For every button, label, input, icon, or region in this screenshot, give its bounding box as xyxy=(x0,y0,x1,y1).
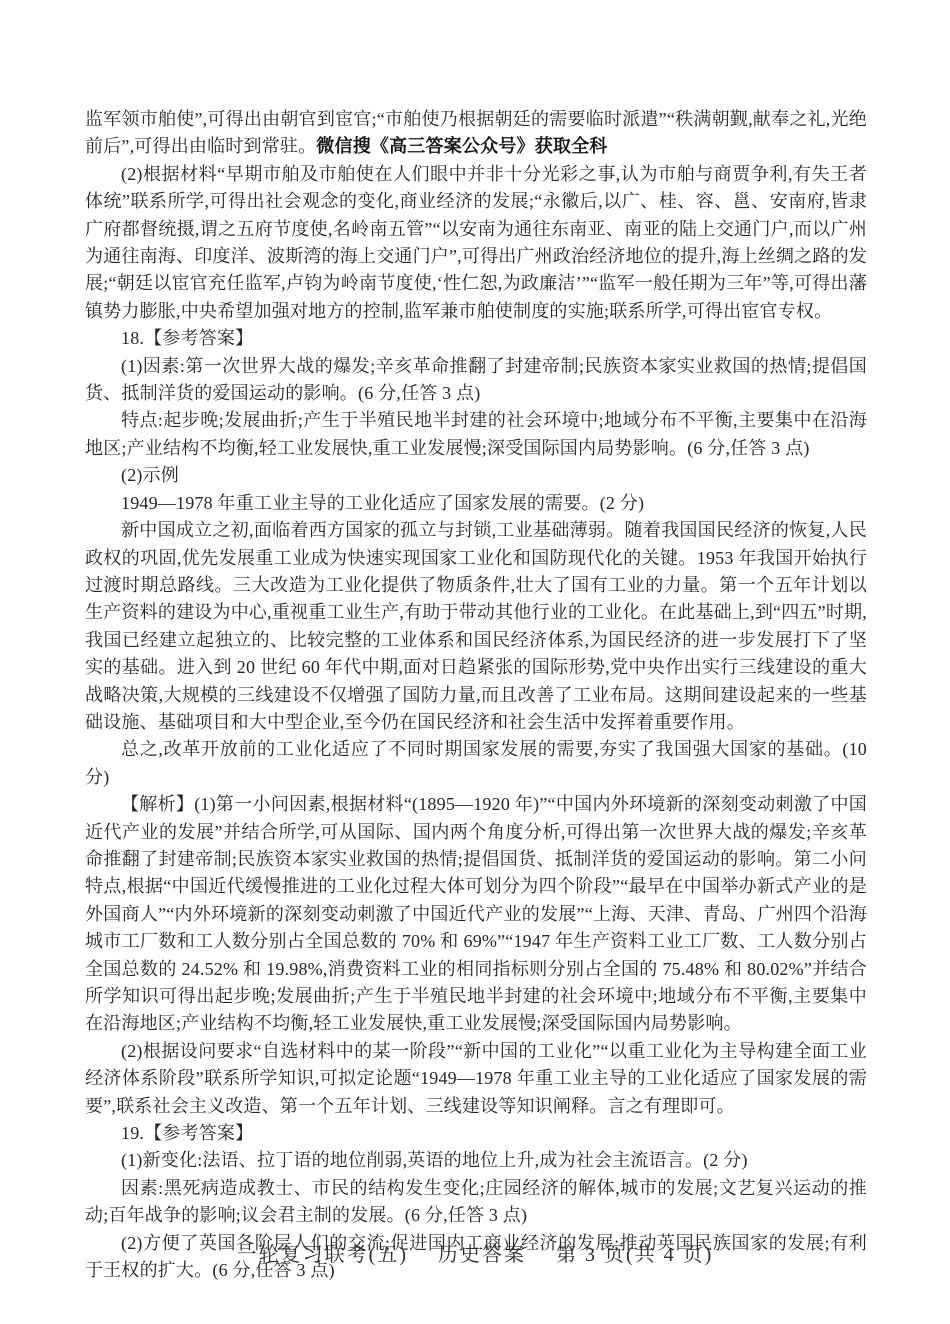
answer-19-part1-factors: 因素:黑死病造成教士、市民的结构发生变化;庄园经济的解体,城市的发展;文艺复兴运… xyxy=(85,1175,867,1230)
footer-exam-name: 一轮复习联考(五) xyxy=(237,1238,408,1267)
paragraph-text: (2)根据材料“早期市舶及市舶使在人们眼中并非十分光彩之事,认为市舶与商贾争利,… xyxy=(85,164,867,321)
paragraph-text: 总之,改革开放前的工业化适应了不同时期国家发展的需要,夯实了我国强大国家的基础。… xyxy=(85,739,867,786)
paragraph-text: (1)因素:第一次世界大战的爆发;辛亥革命推翻了封建帝制;民族资本家实业救国的热… xyxy=(85,356,867,403)
paragraph-text: 新中国成立之初,面临着西方国家的孤立与封锁,工业基础薄弱。随着我国国民经济的恢复… xyxy=(85,520,867,732)
answer-18-part1-features: 特点:起步晚;发展曲折;产生于半殖民地半封建的社会环境中;地域分布不平衡,主要集… xyxy=(85,407,867,462)
paragraph-text: 1949—1978 年重工业主导的工业化适应了国家发展的需要。(2 分) xyxy=(121,493,644,513)
paragraph-text: 19.【参考答案】 xyxy=(121,1123,253,1143)
answer-19-header: 19.【参考答案】 xyxy=(85,1120,867,1147)
answer-17-continuation: 监军领市舶使”,可得出由朝官到宦官;“市舶使乃根据朝廷的需要临时派遣”“秩满朝觐… xyxy=(85,106,867,161)
page-footer: 一轮复习联考(五) 历史答案 第 3 页(共 4 页) xyxy=(0,1238,950,1267)
answer-18-part2-conclusion: 总之,改革开放前的工业化适应了不同时期国家发展的需要,夯实了我国强大国家的基础。… xyxy=(85,736,867,791)
paragraph-text: 【解析】(1)第一小问因素,根据材料“(1895—1920 年)”“中国内外环境… xyxy=(85,794,867,1033)
answer-18-analysis-part2: (2)根据设问要求“自选材料中的某一阶段”“新中国的工业化”“以重工业化为主导构… xyxy=(85,1038,867,1120)
answer-18-part2-example-label: (2)示例 xyxy=(85,462,867,489)
answer-18-part1-factors: (1)因素:第一次世界大战的爆发;辛亥革命推翻了封建帝制;民族资本家实业救国的热… xyxy=(85,353,867,408)
paragraph-text: (2)根据设问要求“自选材料中的某一阶段”“新中国的工业化”“以重工业化为主导构… xyxy=(85,1041,867,1116)
footer-page-info: 第 3 页(共 4 页) xyxy=(556,1238,713,1267)
answer-18-part2-body: 新中国成立之初,面临着西方国家的孤立与封锁,工业基础薄弱。随着我国国民经济的恢复… xyxy=(85,517,867,736)
wechat-promo-text: 微信搜《高三答案公众号》获取全科 xyxy=(316,136,607,156)
footer-subject: 历史答案 xyxy=(438,1238,526,1267)
paragraph-text: 因素:黑死病造成教士、市民的结构发生变化;庄园经济的解体,城市的发展;文艺复兴运… xyxy=(85,1178,867,1225)
answer-18-header: 18.【参考答案】 xyxy=(85,325,867,352)
answer-19-part1-changes: (1)新变化:法语、拉丁语的地位削弱,英语的地位上升,成为社会主流语言。(2 分… xyxy=(85,1147,867,1174)
document-body: 监军领市舶使”,可得出由朝官到宦官;“市舶使乃根据朝廷的需要临时派遣”“秩满朝觐… xyxy=(85,106,867,1284)
scanned-answer-page: 监军领市舶使”,可得出由朝官到宦官;“市舶使乃根据朝廷的需要临时派遣”“秩满朝觐… xyxy=(0,0,950,1324)
paragraph-text: (1)新变化:法语、拉丁语的地位削弱,英语的地位上升,成为社会主流语言。(2 分… xyxy=(121,1150,748,1170)
answer-18-part2-thesis: 1949—1978 年重工业主导的工业化适应了国家发展的需要。(2 分) xyxy=(85,490,867,517)
paragraph-text: 特点:起步晚;发展曲折;产生于半殖民地半封建的社会环境中;地域分布不平衡,主要集… xyxy=(85,410,867,457)
answer-17-part2: (2)根据材料“早期市舶及市舶使在人们眼中并非十分光彩之事,认为市舶与商贾争利,… xyxy=(85,161,867,325)
paragraph-text: (2)示例 xyxy=(121,465,179,485)
answer-18-analysis: 【解析】(1)第一小问因素,根据材料“(1895—1920 年)”“中国内外环境… xyxy=(85,791,867,1038)
paragraph-text: 18.【参考答案】 xyxy=(121,328,253,348)
